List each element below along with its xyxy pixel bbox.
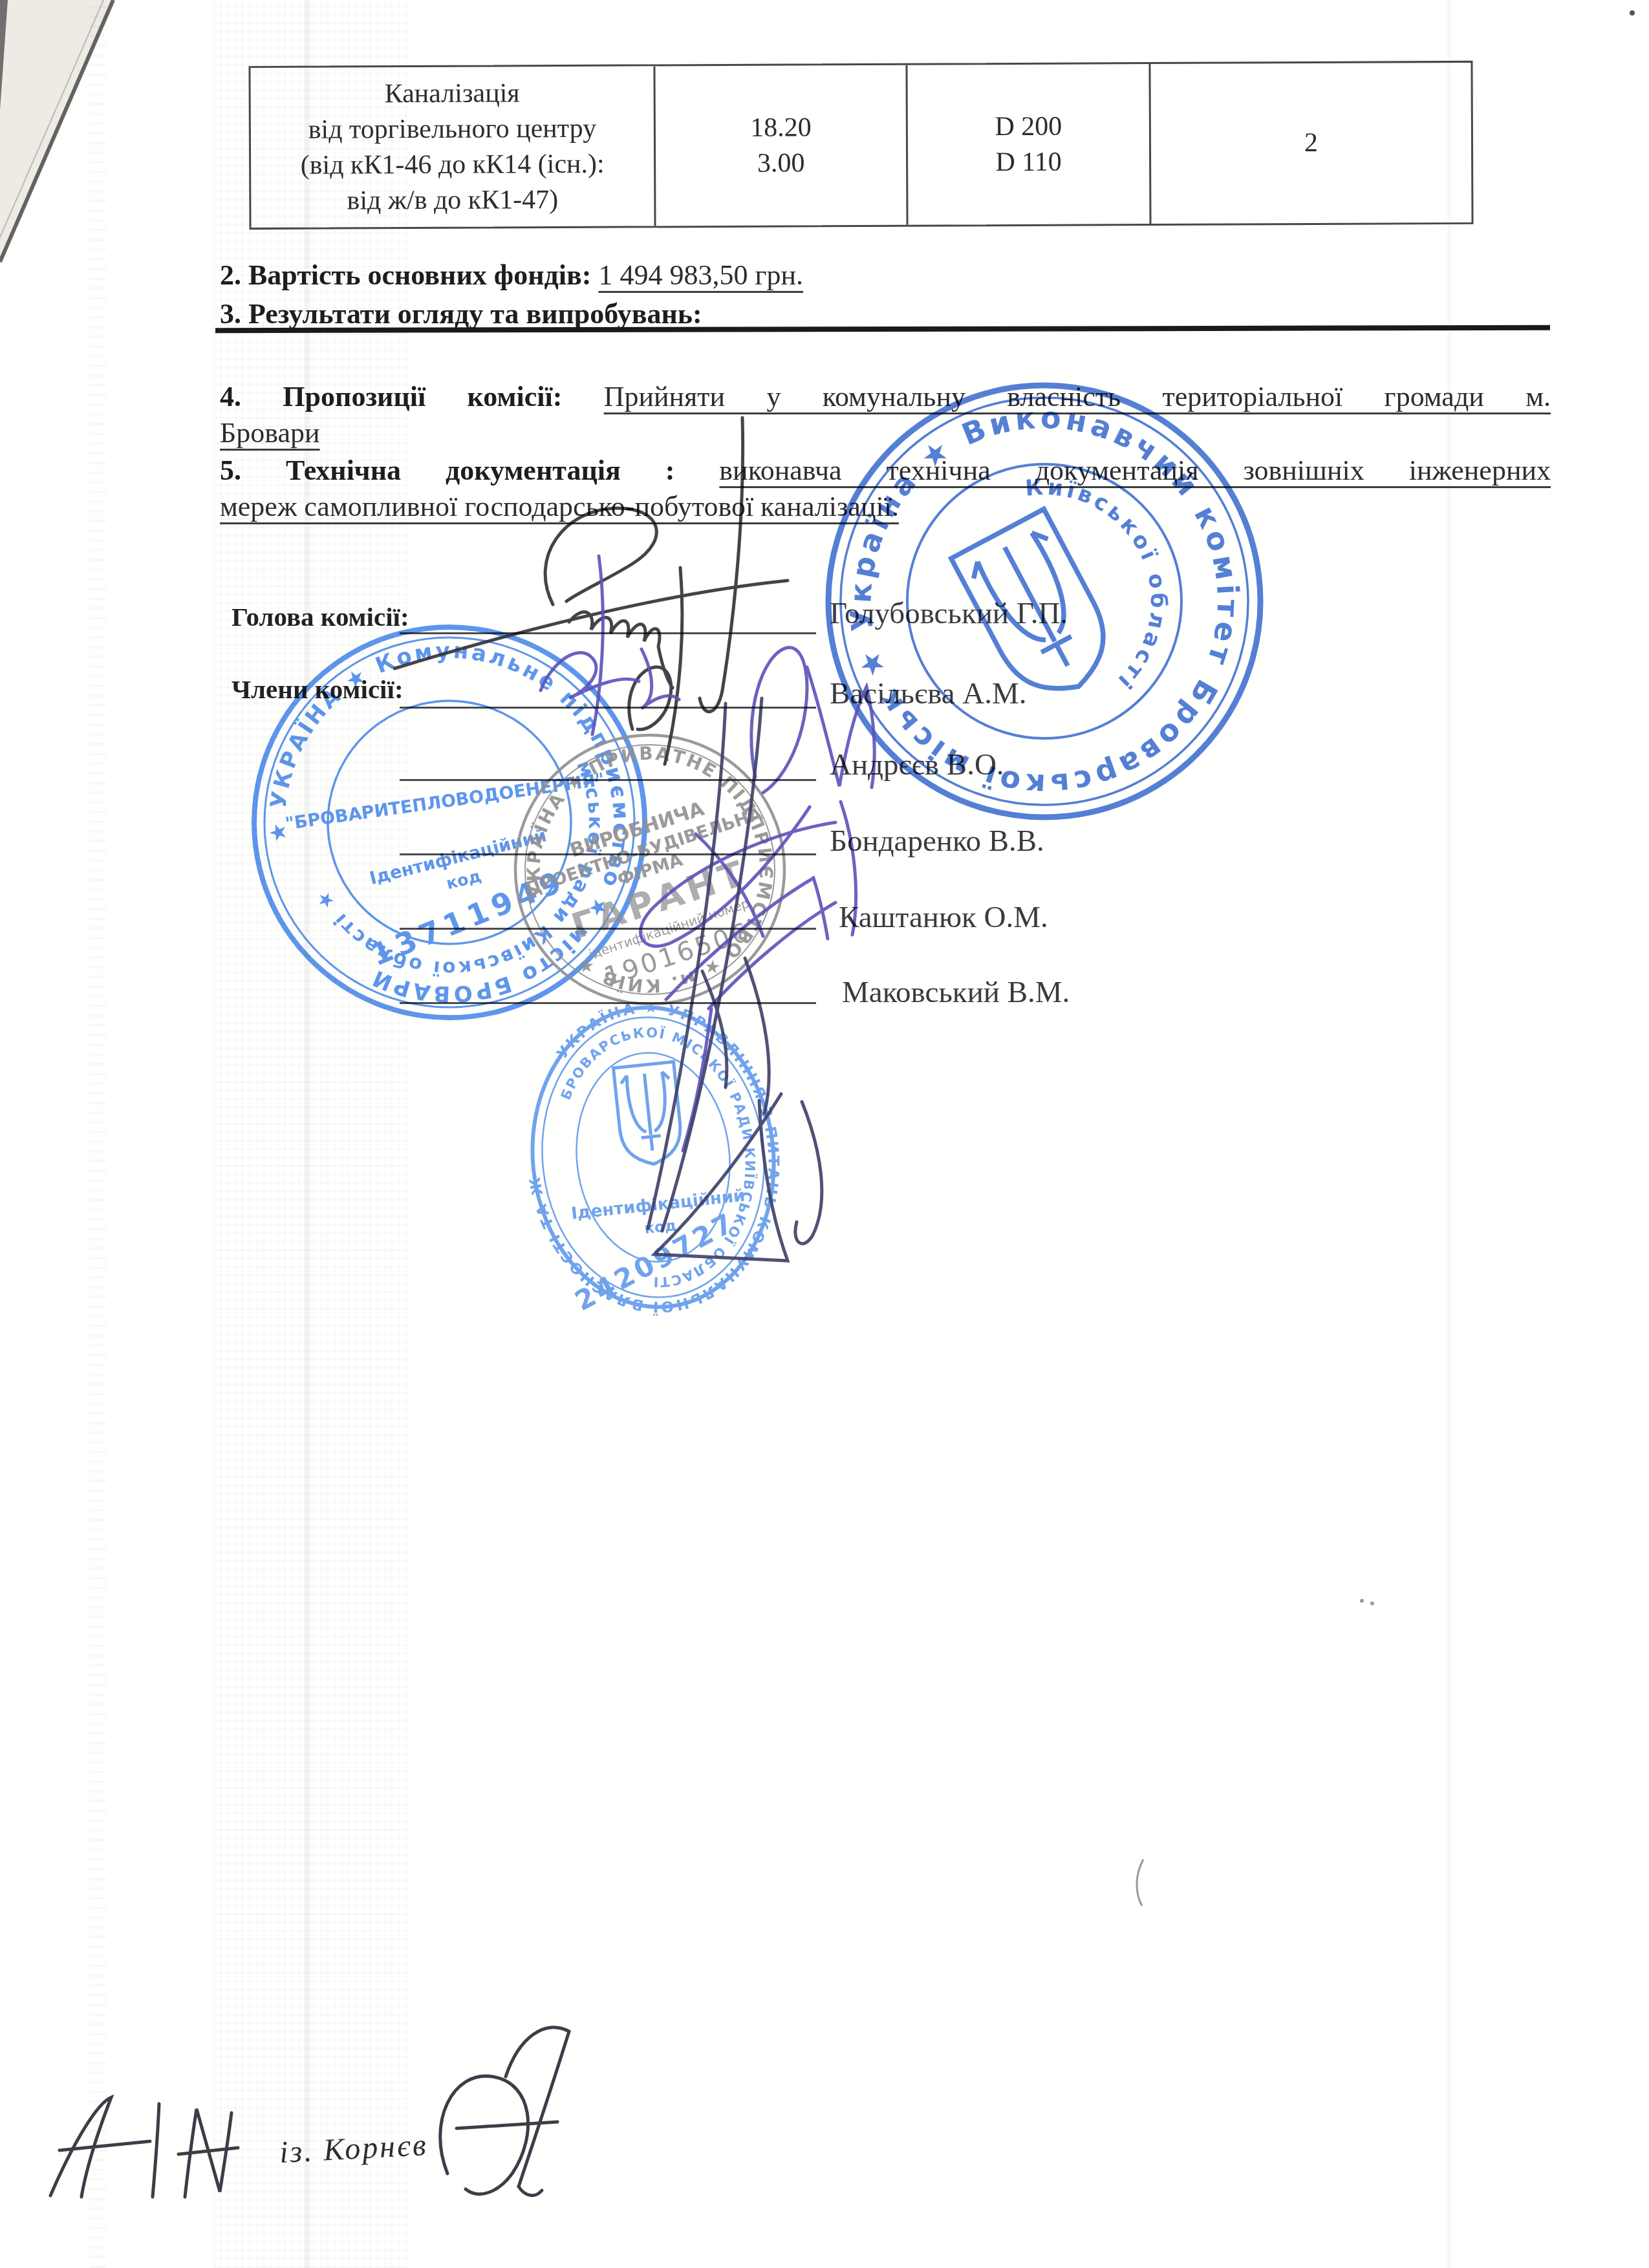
table-line: 18.20 [750, 110, 812, 145]
table-line: D 110 [995, 144, 1062, 180]
stamp-id-label: Ідентифікаційний [570, 1186, 746, 1224]
section-4-label: 4. Пропозиції комісії: [220, 381, 562, 412]
table-line: (від кК1-46 до кК14 (існ.): [301, 146, 605, 183]
section-5-line2: мереж самопливної господарсько-побутової… [220, 489, 1552, 525]
table-line: D 200 [995, 109, 1062, 144]
section-5-value: виконавча технічна документація зовнішні… [719, 455, 1551, 486]
table-line: від ж/в до кК1-47) [347, 182, 558, 219]
stamp-line: ГАРАНТ [566, 852, 752, 947]
table-cell-length: 18.20 3.00 [653, 65, 906, 226]
commission-member-name: Васільєва А.М. [830, 676, 1027, 711]
stamp-line: ФІРМА [615, 850, 685, 890]
svg-text:БРОВАРСЬКОЇ МІСЬКОЇ РАДИ КИЇВС: БРОВАРСЬКОЇ МІСЬКОЇ РАДИ КИЇВСЬКОЇ ОБЛАС… [552, 1014, 771, 1298]
commission-member-name: Маковський В.М. [842, 975, 1070, 1010]
table-line: від торгівельного центру [308, 111, 597, 147]
stamp-ring-text: ★ УКРАЇНА ★ Комунальне підприємство ★ мі… [227, 599, 673, 1045]
section-2-value: 1 494 983,50 грн. [598, 259, 803, 291]
stamp-id-label2: код [643, 1217, 677, 1237]
ink-overlay: ★ Україна ★ Виконавчий комітет Броварськ… [0, 0, 1649, 2268]
stamp-teplovodoenergia: ★ УКРАЇНА ★ Комунальне підприємство ★ мі… [213, 586, 686, 1059]
stamp-id-label: Ідентифікаційний [368, 826, 549, 889]
handwritten-note: із. Корнєв [279, 2127, 429, 2170]
signature-line-member [400, 707, 816, 709]
section-5-line1: 5. Технічна документація : виконавча тех… [220, 453, 1551, 489]
scan-streak [304, 0, 310, 2268]
signature-line-member [400, 779, 816, 781]
commission-head-label: Голова комісії: [232, 601, 409, 632]
table-line: Каналізація [385, 76, 520, 112]
signature-line-member [400, 928, 816, 930]
handwriting-bottom-ink [50, 2027, 569, 2197]
scan-streak [1447, 0, 1451, 2268]
trident-icon [613, 1062, 684, 1167]
table-cell-diameter: D 200 D 110 [905, 64, 1149, 225]
signature-long-strokes-ink [648, 698, 822, 1261]
table-line: 3.00 [757, 145, 805, 181]
stamp-garant-firm: УКРАЇНА ★ ПРИВАТНЕ ПІДПРИЄМСТВО ★ м. КИЇ… [480, 700, 819, 1039]
section-2-label: 2. Вартість основних фондів: [220, 259, 591, 291]
section-4-value2: Бровари [220, 417, 320, 449]
stamp-ring-text: УКРАЇНА ★ ПРИВАТНЕ ПІДПРИЄМСТВО ★ м. КИЇ… [490, 710, 810, 1029]
signature-line-head [400, 632, 816, 634]
table-cell-name: Каналізація від торгівельного центру (ві… [250, 66, 654, 228]
pipeline-table: Каналізація від торгівельного центру (ві… [248, 61, 1473, 230]
stamp-id-code: 24209727 [570, 1206, 741, 1317]
stamp-line: ВИРОБНИЧА [567, 797, 707, 862]
commission-member-name: Андрєєв В.О. [830, 747, 1004, 782]
table-line: 2 [1304, 125, 1318, 161]
signature-line-member [400, 853, 816, 855]
section-3-label: 3. Результати огляду та випробувань: [220, 298, 702, 330]
svg-text:★ УКРАЇНА ★ Комунальне підприє: ★ УКРАЇНА ★ Комунальне підприємство ★ мі… [227, 599, 673, 1045]
commission-member-name: Каштанюк О.М. [839, 900, 1048, 935]
section-4-value: Прийняти у комунальну власність територі… [604, 381, 1551, 412]
signature-line-member [400, 1002, 816, 1004]
stamp-line: ПРОЕКТНО-БУДІВЕЛЬНА [523, 804, 764, 899]
stamp-id-label2: код [444, 866, 483, 893]
scan-streak [89, 0, 106, 2268]
section-4-line2: Бровари [220, 415, 1552, 451]
stamp-id-code: 13711949 [366, 862, 571, 972]
section-5-value2: мереж самопливної господарсько-побутової… [220, 491, 899, 522]
svg-text:міської ради Київської області: міської ради Київської області ★ [294, 757, 640, 1012]
commission-member-name: Бондаренко В.В. [830, 824, 1044, 859]
scan-speckle-band [213, 0, 407, 2268]
stamp-inner-ring-text: БРОВАРСЬКОЇ МІСЬКОЇ РАДИ КИЇВСЬКОЇ ОБЛАС… [552, 1014, 771, 1298]
commission-members-label: Члени комісії: [232, 674, 404, 705]
table-cell-wells: 2 [1148, 63, 1471, 224]
scanned-document-page: Каналізація від торгівельного центру (ві… [0, 0, 1649, 2268]
stamp-inner-ring-text: міської ради Київської області ★ [294, 757, 640, 1012]
svg-text:УКРАЇНА ★ ПРИВАТНЕ ПІДПРИЄМСТВ: УКРАЇНА ★ ПРИВАТНЕ ПІДПРИЄМСТВО ★ м. КИЇ… [490, 710, 810, 1029]
section-2: 2. Вартість основних фондів: 1 494 983,5… [220, 257, 1552, 294]
commission-head-name: Голубовський Г.П. [830, 596, 1068, 631]
section-5-label: 5. Технічна документація : [220, 455, 674, 486]
section-4-line1: 4. Пропозиції комісії: Прийняти у комуна… [220, 379, 1551, 415]
